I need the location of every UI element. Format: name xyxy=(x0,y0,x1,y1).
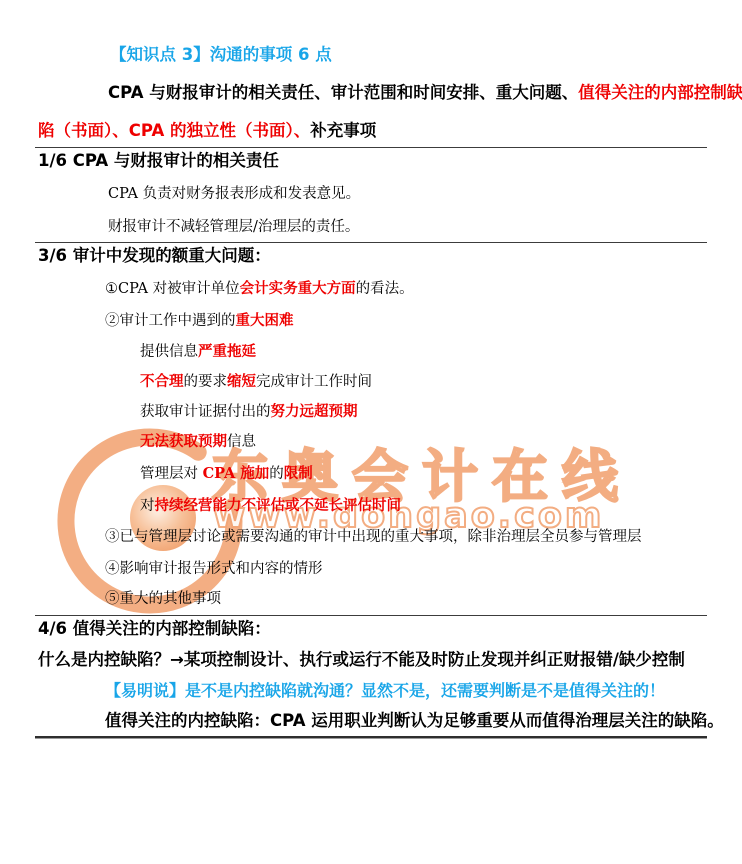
intro-line-1-red: 值得关注的内部控制缺 xyxy=(578,83,742,102)
section-4-heading: 4/6 值得关注的内部控制缺陷： xyxy=(38,619,271,639)
subitem-5-highlight-2: 限制 xyxy=(284,465,313,482)
section-1-paragraph-1: CPA 负责对财务报表形成和发表意见。 xyxy=(108,184,360,204)
subitem-1-highlight: 严重拖延 xyxy=(198,343,256,360)
subitem-2-text-2: 完成审计工作时间 xyxy=(256,374,372,390)
subitem-6-text: 对 xyxy=(140,498,155,514)
subitem-4-highlight: 无法获取预期 xyxy=(140,433,227,450)
section-3-item-4: ④影响审计报告形式和内容的情形 xyxy=(105,559,323,579)
section-divider xyxy=(35,615,707,616)
subitem-6-highlight: 持续经营能力不评估或不延长评估时间 xyxy=(155,497,402,514)
section-3-subitem-4: 无法获取预期信息 xyxy=(140,432,256,452)
bottom-divider xyxy=(35,736,707,739)
subitem-5-text-1: 管理层对 xyxy=(140,466,203,482)
subitem-2-highlight-1: 不合理 xyxy=(140,373,184,390)
subitem-5-highlight-1: CPA 施加 xyxy=(203,465,270,482)
intro-line-1: CPA 与财报审计的相关责任、审计范围和时间安排、重大问题、值得关注的内部控制缺 xyxy=(108,83,742,103)
section-divider xyxy=(35,147,707,148)
section-3-item-5: ⑤重大的其他事项 xyxy=(105,589,221,609)
subitem-2-highlight-2: 缩短 xyxy=(227,373,256,390)
subitem-3-text: 获取审计证据付出的 xyxy=(140,404,271,420)
item-1-tail: 的看法。 xyxy=(356,281,414,297)
section-divider xyxy=(35,242,707,243)
section-4-teacher-note: 【易明说】是不是内控缺陷就沟通？显然不是，还需要判断是不是值得关注的！ xyxy=(105,681,665,701)
subitem-5-text-2: 的 xyxy=(269,466,284,482)
section-1-paragraph-2: 财报审计不减轻管理层/治理层的责任。 xyxy=(108,217,359,237)
section-3-item-2: ②审计工作中遇到的重大困难 xyxy=(105,311,294,331)
section-3-subitem-2: 不合理的要求缩短完成审计工作时间 xyxy=(140,372,372,392)
subitem-1-text: 提供信息 xyxy=(140,344,198,360)
subitem-3-highlight: 努力远超预期 xyxy=(271,403,358,420)
intro-line-2-black: 补充事项 xyxy=(310,121,376,140)
section-3-subitem-6: 对持续经营能力不评估或不延长评估时间 xyxy=(140,496,401,516)
section-4-paragraph-1: 什么是内控缺陷？→某项控制设计、执行或运行不能及时防止发现并纠正财报错/缺少控制 xyxy=(38,650,685,670)
section-3-subitem-3: 获取审计证据付出的努力远超预期 xyxy=(140,402,358,422)
section-3-item-1: ①CPA 对被审计单位会计实务重大方面的看法。 xyxy=(105,279,414,299)
item-1-highlight: 会计实务重大方面 xyxy=(240,280,356,297)
intro-line-2-red: 陷（书面）、CPA 的独立性（书面）、 xyxy=(38,121,310,140)
section-4-paragraph-3: 值得关注的内控缺陷：CPA 运用职业判断认为足够重要从而值得治理层关注的缺陷。 xyxy=(105,711,724,731)
document-page: 东奥会计在线 www.dongao.com 【知识点 3】沟通的事项 6 点 C… xyxy=(0,0,742,864)
subitem-2-text-1: 的要求 xyxy=(184,374,228,390)
item-1-text: ①CPA 对被审计单位 xyxy=(105,281,240,297)
knowledge-point-title: 【知识点 3】沟通的事项 6 点 xyxy=(110,45,332,65)
subitem-4-text: 信息 xyxy=(227,434,256,450)
section-3-item-3: ③已与管理层讨论或需要沟通的审计中出现的重大事项，除非治理层全员参与管理层 xyxy=(105,527,642,547)
item-2-highlight: 重大困难 xyxy=(236,312,294,329)
section-3-subitem-1: 提供信息严重拖延 xyxy=(140,342,256,362)
item-2-text: ②审计工作中遇到的 xyxy=(105,313,236,329)
section-1-heading: 1/6 CPA 与财报审计的相关责任 xyxy=(38,151,279,171)
section-3-subitem-5: 管理层对 CPA 施加的限制 xyxy=(140,464,313,484)
intro-line-2: 陷（书面）、CPA 的独立性（书面）、补充事项 xyxy=(38,121,376,141)
section-3-heading: 3/6 审计中发现的额重大问题： xyxy=(38,246,271,266)
intro-line-1-black: CPA 与财报审计的相关责任、审计范围和时间安排、重大问题、 xyxy=(108,83,578,102)
